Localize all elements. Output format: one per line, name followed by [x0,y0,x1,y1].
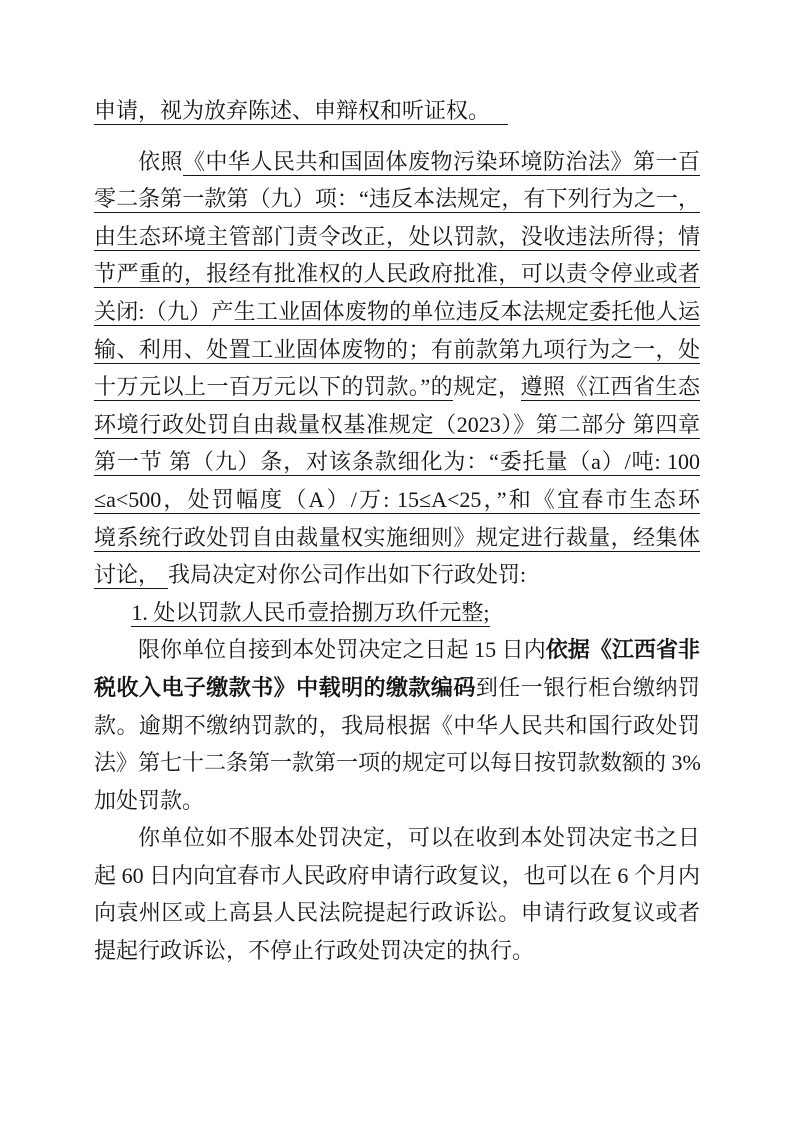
underlined-text-segment: 输、利用、处置工业固体废物的；有前款第九项行为之一，处 [94,337,700,364]
underlined-text-segment: 讨论， [94,562,168,589]
underlined-text-segment: 境系统行政处罚自由裁量权实施细则》规定进行裁量，经集体 [94,525,700,552]
text-line: 1. 处以罚款人民币壹拾捌万玖仟元整; [94,594,700,632]
text-line: 法》第七十二条第一款第一项的规定可以每日按罚款数额的 3% [94,744,700,782]
text-line: 讨论，我局决定对你公司作出如下行政处罚: [94,556,700,594]
text-line: 境系统行政处罚自由裁量权实施细则》规定进行裁量，经集体 [94,519,700,557]
text-segment: 规定， [453,374,520,399]
text-line: 由生态环境主管部门责令改正，处以罚款，没收违法所得；情 [94,218,700,256]
text-segment: 起 60 日内向宜春市人民政府申请行政复议，也可以在 6 个月内 [94,863,700,888]
underlined-text-segment: 遵照《江西省生态 [521,374,700,401]
text-segment: 款。逾期不缴纳罚款的，我局根据《中华人民共和国行政处罚 [94,713,700,738]
text-line: 起 60 日内向宜春市人民政府申请行政复议，也可以在 6 个月内 [94,857,700,895]
text-segment: 加处罚款。 [94,788,204,813]
underlined-text-segment: 申请，视为放弃陈述、申辩权和听证权。 [94,98,508,125]
text-segment: 我局决定对你公司作出如下行政处罚: [168,562,526,587]
text-segment: 限你单位自接到本处罚决定之日起 15 日内 [138,637,546,662]
text-line: 申请，视为放弃陈述、申辩权和听证权。 [94,92,700,130]
text-segment: 依照 [138,149,183,174]
text-line: 提起行政诉讼，不停止行政处罚决定的执行。 [94,932,700,970]
text-line: 第一节 第（九）条，对该条款细化为：“委托量（a）/吨: 100 [94,443,700,481]
underlined-text-segment: 第一节 第（九）条，对该条款细化为：“委托量（a）/吨: 100 [94,449,700,476]
text-line: 你单位如不服本处罚决定，可以在收到本处罚决定书之日 [94,819,700,857]
underlined-text-segment: 环境行政处罚自由裁量权基准规定（2023）》第二部分 第四章 [94,412,700,439]
underlined-text-segment: 十万元以上一百万元以下的罚款。”的 [94,374,453,401]
text-line: 节严重的，报经有批准权的人民政府批准，可以责令停业或者 [94,255,700,293]
text-line: 十万元以上一百万元以下的罚款。”的规定，遵照《江西省生态 [94,368,700,406]
text-line: 输、利用、处置工业固体废物的；有前款第九项行为之一，处 [94,331,700,369]
text-line: 税收入电子缴款书》中载明的缴款编码到任一银行柜台缴纳罚 [94,669,700,707]
underlined-text-segment: 节严重的，报经有批准权的人民政府批准，可以责令停业或者 [94,261,700,288]
text-segment: 你单位如不服本处罚决定，可以在收到本处罚决定书之日 [138,825,700,850]
text-segment: 提起行政诉讼，不停止行政处罚决定的执行。 [94,938,534,963]
text-line: ≤a<500，处罚幅度（A）/万: 15≤A<25，”和《宜春市生态环 [94,481,700,519]
text-line: 零二条第一款第（九）项：“违反本法规定，有下列行为之一， [94,180,700,218]
underlined-text-segment: 由生态环境主管部门责令改正，处以罚款，没收违法所得；情 [94,224,700,251]
text-segment: 法》第七十二条第一款第一项的规定可以每日按罚款数额的 3% [94,750,701,775]
underlined-text-segment: 1. 处以罚款人民币壹拾捌万玖仟元整; [131,600,489,627]
text-line: 关闭:（九）产生工业固体废物的单位违反本法规定委托他人运 [94,293,700,331]
text-line: 环境行政处罚自由裁量权基准规定（2023）》第二部分 第四章 [94,406,700,444]
text-segment: 到任一银行柜台缴纳罚 [476,675,700,700]
bold-text-segment: 税收入电子缴款书》中载明的缴款编码 [94,675,476,700]
document-page: 申请，视为放弃陈述、申辩权和听证权。依照《中华人民共和国固体废物污染环境防治法》… [0,0,793,1122]
document-body: 申请，视为放弃陈述、申辩权和听证权。依照《中华人民共和国固体废物污染环境防治法》… [94,92,700,970]
text-line: 向袁州区或上高县人民法院提起行政诉讼。申请行政复议或者 [94,894,700,932]
underlined-text-segment: 《中华人民共和国固体废物污染环境防治法》第一百 [183,149,700,176]
text-segment: 向袁州区或上高县人民法院提起行政诉讼。申请行政复议或者 [94,900,700,925]
bold-text-segment: 依据《江西省非 [546,637,700,662]
text-line: 加处罚款。 [94,782,700,820]
text-line: 限你单位自接到本处罚决定之日起 15 日内依据《江西省非 [94,631,700,669]
underlined-text-segment: ≤a<500，处罚幅度（A）/万: 15≤A<25，”和《宜春市生态环 [94,487,700,514]
text-line: 款。逾期不缴纳罚款的，我局根据《中华人民共和国行政处罚 [94,707,700,745]
underlined-text-segment: 零二条第一款第（九）项：“违反本法规定，有下列行为之一， [94,186,700,213]
underlined-text-segment: 关闭:（九）产生工业固体废物的单位违反本法规定委托他人运 [94,299,700,326]
text-line: 依照《中华人民共和国固体废物污染环境防治法》第一百 [94,143,700,181]
